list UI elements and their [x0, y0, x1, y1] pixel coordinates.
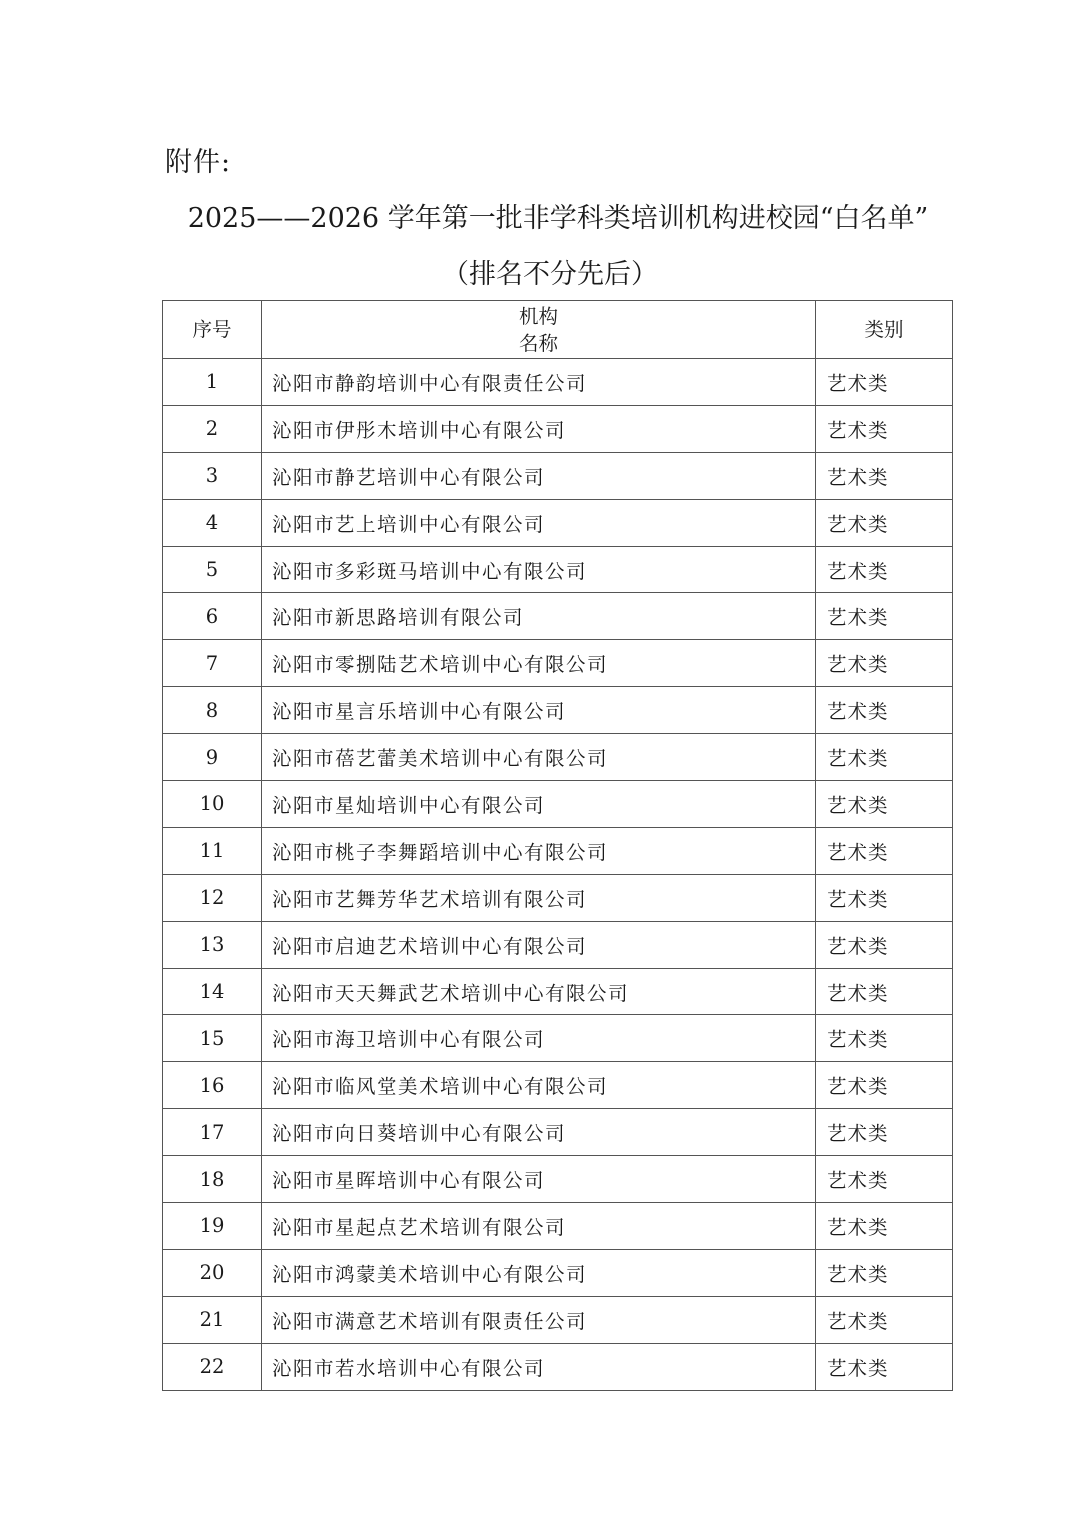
row-category: 艺术类 — [816, 405, 953, 452]
table-row: 22沁阳市若水培训中心有限公司艺术类 — [163, 1343, 953, 1390]
row-index: 20 — [163, 1249, 262, 1296]
row-category: 艺术类 — [816, 781, 953, 828]
row-institution-name: 沁阳市海卫培训中心有限公司 — [262, 1015, 816, 1062]
table-row: 21沁阳市满意艺术培训有限责任公司艺术类 — [163, 1296, 953, 1343]
row-institution-name: 沁阳市天天舞武艺术培训中心有限公司 — [262, 968, 816, 1015]
table-row: 1沁阳市静韵培训中心有限责任公司艺术类 — [163, 359, 953, 406]
row-index: 22 — [163, 1343, 262, 1390]
header-category: 类别 — [816, 301, 953, 359]
row-category: 艺术类 — [816, 687, 953, 734]
row-institution-name: 沁阳市蓓艺蕾美术培训中心有限公司 — [262, 734, 816, 781]
header-index: 序号 — [163, 301, 262, 359]
row-institution-name: 沁阳市静韵培训中心有限责任公司 — [262, 359, 816, 406]
row-institution-name: 沁阳市临风堂美术培训中心有限公司 — [262, 1062, 816, 1109]
row-institution-name: 沁阳市向日葵培训中心有限公司 — [262, 1109, 816, 1156]
row-index: 15 — [163, 1015, 262, 1062]
row-index: 4 — [163, 499, 262, 546]
row-institution-name: 沁阳市零捌陆艺术培训中心有限公司 — [262, 640, 816, 687]
row-institution-name: 沁阳市桃子李舞蹈培训中心有限公司 — [262, 827, 816, 874]
row-category: 艺术类 — [816, 1156, 953, 1203]
row-institution-name: 沁阳市星言乐培训中心有限公司 — [262, 687, 816, 734]
header-name-line1: 机构 — [262, 303, 815, 330]
row-category: 艺术类 — [816, 1203, 953, 1250]
row-institution-name: 沁阳市艺上培训中心有限公司 — [262, 499, 816, 546]
whitelist-table: 序号 机构 名称 类别 1沁阳市静韵培训中心有限责任公司艺术类2沁阳市伊彤木培训… — [162, 300, 953, 1391]
row-category: 艺术类 — [816, 1249, 953, 1296]
row-category: 艺术类 — [816, 921, 953, 968]
row-institution-name: 沁阳市若水培训中心有限公司 — [262, 1343, 816, 1390]
row-category: 艺术类 — [816, 452, 953, 499]
row-index: 3 — [163, 452, 262, 499]
table-row: 15沁阳市海卫培训中心有限公司艺术类 — [163, 1015, 953, 1062]
row-institution-name: 沁阳市多彩斑马培训中心有限公司 — [262, 546, 816, 593]
table-row: 6沁阳市新思路培训有限公司艺术类 — [163, 593, 953, 640]
table-row: 10沁阳市星灿培训中心有限公司艺术类 — [163, 781, 953, 828]
row-index: 1 — [163, 359, 262, 406]
table-row: 2沁阳市伊彤木培训中心有限公司艺术类 — [163, 405, 953, 452]
row-institution-name: 沁阳市满意艺术培训有限责任公司 — [262, 1296, 816, 1343]
row-category: 艺术类 — [816, 499, 953, 546]
header-name-line2: 名称 — [262, 330, 815, 357]
table-row: 14沁阳市天天舞武艺术培训中心有限公司艺术类 — [163, 968, 953, 1015]
row-index: 17 — [163, 1109, 262, 1156]
row-index: 19 — [163, 1203, 262, 1250]
row-category: 艺术类 — [816, 1343, 953, 1390]
row-index: 11 — [163, 827, 262, 874]
document-subtitle: （排名不分先后） — [0, 252, 1080, 291]
row-index: 2 — [163, 405, 262, 452]
table-row: 12沁阳市艺舞芳华艺术培训有限公司艺术类 — [163, 874, 953, 921]
row-index: 7 — [163, 640, 262, 687]
row-institution-name: 沁阳市艺舞芳华艺术培训有限公司 — [262, 874, 816, 921]
table-row: 7沁阳市零捌陆艺术培训中心有限公司艺术类 — [163, 640, 953, 687]
table-row: 9沁阳市蓓艺蕾美术培训中心有限公司艺术类 — [163, 734, 953, 781]
table-row: 8沁阳市星言乐培训中心有限公司艺术类 — [163, 687, 953, 734]
row-institution-name: 沁阳市伊彤木培训中心有限公司 — [262, 405, 816, 452]
row-category: 艺术类 — [816, 359, 953, 406]
row-category: 艺术类 — [816, 1015, 953, 1062]
row-institution-name: 沁阳市静艺培训中心有限公司 — [262, 452, 816, 499]
row-institution-name: 沁阳市鸿蒙美术培训中心有限公司 — [262, 1249, 816, 1296]
row-index: 21 — [163, 1296, 262, 1343]
row-category: 艺术类 — [816, 593, 953, 640]
row-category: 艺术类 — [816, 734, 953, 781]
row-index: 9 — [163, 734, 262, 781]
row-institution-name: 沁阳市星灿培训中心有限公司 — [262, 781, 816, 828]
row-index: 14 — [163, 968, 262, 1015]
table-row: 11沁阳市桃子李舞蹈培训中心有限公司艺术类 — [163, 827, 953, 874]
row-index: 6 — [163, 593, 262, 640]
table-row: 19沁阳市星起点艺术培训有限公司艺术类 — [163, 1203, 953, 1250]
row-index: 10 — [163, 781, 262, 828]
table-row: 13沁阳市启迪艺术培训中心有限公司艺术类 — [163, 921, 953, 968]
row-category: 艺术类 — [816, 1296, 953, 1343]
row-index: 8 — [163, 687, 262, 734]
table-row: 20沁阳市鸿蒙美术培训中心有限公司艺术类 — [163, 1249, 953, 1296]
row-index: 16 — [163, 1062, 262, 1109]
row-category: 艺术类 — [816, 1109, 953, 1156]
row-index: 13 — [163, 921, 262, 968]
row-category: 艺术类 — [816, 968, 953, 1015]
row-institution-name: 沁阳市星晖培训中心有限公司 — [262, 1156, 816, 1203]
attachment-label: 附件: — [165, 140, 231, 179]
table-row: 5沁阳市多彩斑马培训中心有限公司艺术类 — [163, 546, 953, 593]
document-title: 2025——2026 学年第一批非学科类培训机构进校园“白名单” — [0, 196, 1080, 235]
row-institution-name: 沁阳市新思路培训有限公司 — [262, 593, 816, 640]
row-index: 5 — [163, 546, 262, 593]
row-institution-name: 沁阳市启迪艺术培训中心有限公司 — [262, 921, 816, 968]
table-header-row: 序号 机构 名称 类别 — [163, 301, 953, 359]
table-row: 16沁阳市临风堂美术培训中心有限公司艺术类 — [163, 1062, 953, 1109]
row-category: 艺术类 — [816, 1062, 953, 1109]
row-index: 18 — [163, 1156, 262, 1203]
row-category: 艺术类 — [816, 827, 953, 874]
table-row: 4沁阳市艺上培训中心有限公司艺术类 — [163, 499, 953, 546]
row-category: 艺术类 — [816, 874, 953, 921]
row-category: 艺术类 — [816, 640, 953, 687]
row-index: 12 — [163, 874, 262, 921]
header-name: 机构 名称 — [262, 301, 816, 359]
row-institution-name: 沁阳市星起点艺术培训有限公司 — [262, 1203, 816, 1250]
table-row: 18沁阳市星晖培训中心有限公司艺术类 — [163, 1156, 953, 1203]
table-row: 3沁阳市静艺培训中心有限公司艺术类 — [163, 452, 953, 499]
row-category: 艺术类 — [816, 546, 953, 593]
table-row: 17沁阳市向日葵培训中心有限公司艺术类 — [163, 1109, 953, 1156]
